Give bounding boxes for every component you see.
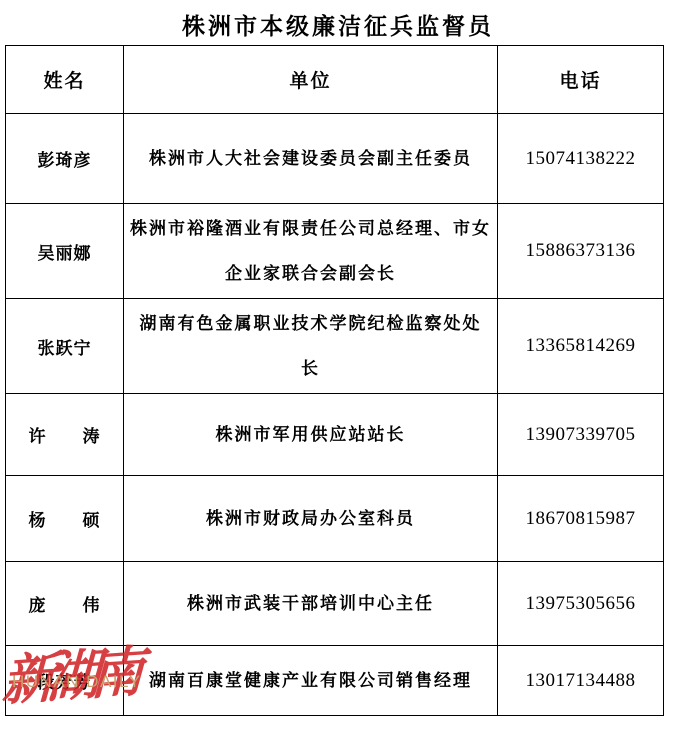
phone-cell: 18670815987 xyxy=(498,476,664,562)
header-cell-name: 姓名 xyxy=(6,46,124,114)
table-row: 彭琦彦 株洲市人大社会建设委员会副主任委员 15074138222 xyxy=(6,114,664,204)
phone-cell: 13017134488 xyxy=(498,646,664,716)
name-cell: 杨 硕 xyxy=(6,476,124,562)
unit-cell: 湖南有色金属职业技术学院纪检监察处处 长 xyxy=(124,299,498,394)
table-header-row: 姓名 单位 电话 xyxy=(6,46,664,114)
table-row: 庞 伟 株洲市武装干部培训中心主任 13975305656 xyxy=(6,562,664,646)
table-row: 杨 硕 株洲市财政局办公室科员 18670815987 xyxy=(6,476,664,562)
unit-cell: 湖南百康堂健康产业有限公司销售经理 xyxy=(124,646,498,716)
unit-cell: 株洲市财政局办公室科员 xyxy=(124,476,498,562)
header-cell-phone: 电话 xyxy=(498,46,664,114)
name-cell: 许 涛 xyxy=(6,394,124,476)
unit-cell: 株洲市武装干部培训中心主任 xyxy=(124,562,498,646)
supervisors-table: 姓名 单位 电话 彭琦彦 株洲市人大社会建设委员会副主任委员 150741382… xyxy=(5,45,664,716)
name-cell: 吴丽娜 xyxy=(6,204,124,299)
phone-cell: 13975305656 xyxy=(498,562,664,646)
name-cell: 张跃宁 xyxy=(6,299,124,394)
table-row: 许 涛 株洲市军用供应站站长 13907339705 xyxy=(6,394,664,476)
table-row: 吴丽娜 株洲市裕隆酒业有限责任公司总经理、市女 企业家联合会副会长 158863… xyxy=(6,204,664,299)
unit-cell: 株洲市人大社会建设委员会副主任委员 xyxy=(124,114,498,204)
hunan-daily-caption: HUNAN DAILY xyxy=(12,672,142,692)
phone-cell: 15074138222 xyxy=(498,114,664,204)
unit-cell: 株洲市裕隆酒业有限责任公司总经理、市女 企业家联合会副会长 xyxy=(124,204,498,299)
name-cell: 彭琦彦 xyxy=(6,114,124,204)
header-cell-unit: 单位 xyxy=(124,46,498,114)
page-title: 株洲市本级廉洁征兵监督员 xyxy=(0,8,676,41)
phone-cell: 13365814269 xyxy=(498,299,664,394)
table-row: 张跃宁 湖南有色金属职业技术学院纪检监察处处 长 13365814269 xyxy=(6,299,664,394)
unit-cell: 株洲市军用供应站站长 xyxy=(124,394,498,476)
phone-cell: 13907339705 xyxy=(498,394,664,476)
phone-cell: 15886373136 xyxy=(498,204,664,299)
name-cell: 庞 伟 xyxy=(6,562,124,646)
